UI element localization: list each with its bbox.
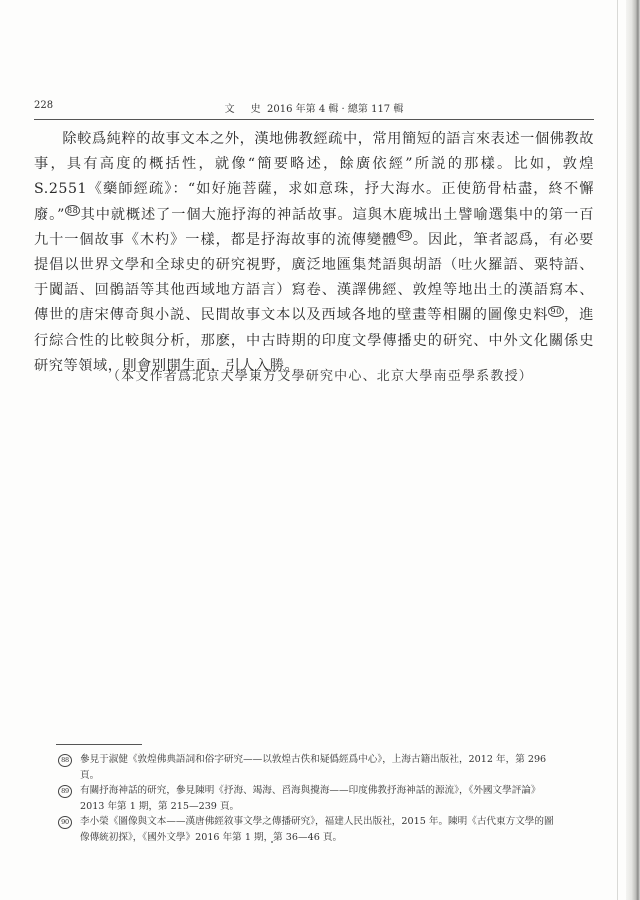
footnote-rule: [56, 744, 142, 745]
footnotes: 88 參見于淑健《敦煌佛典語詞和俗字研究——以敦煌古佚和疑僞經爲中心》，上海古籍…: [56, 752, 556, 846]
footnote-number: 89: [58, 785, 72, 798]
footnote-ref-88[interactable]: 88: [65, 205, 80, 216]
journal-name-char-1: 文: [225, 104, 235, 115]
footnote-number: 88: [58, 754, 72, 767]
footnote-ref-89[interactable]: 89: [397, 230, 412, 241]
journal-issue: 2016 年第 4 輯 · 總第 117 輯: [267, 104, 403, 115]
page-edge-shadow-line: [617, 0, 618, 900]
footnote-ref-90[interactable]: 90: [548, 306, 563, 317]
footnote-text: 有關抒海神話的研究，參見陳明《抒海、竭海、舀海與攪海——印度佛教抒海神話的源流》…: [80, 785, 541, 812]
body-paragraph: 除較爲純粹的故事文本之外，漢地佛教經疏中，常用簡短的語言來表述一個佛教故事，具有…: [34, 127, 594, 379]
footnote-88: 88 參見于淑健《敦煌佛典語詞和俗字研究——以敦煌古佚和疑僞經爲中心》，上海古籍…: [56, 752, 556, 783]
page-binding-edge: [626, 0, 640, 900]
footnote-89: 89 有關抒海神話的研究，參見陳明《抒海、竭海、舀海與攪海——印度佛教抒海神話的…: [56, 783, 556, 814]
author-affiliation-note: （本文作者爲北京大學東方文學研究中心、北京大學南亞學系教授）: [0, 365, 640, 384]
header-rule: [34, 119, 594, 120]
running-head: 228 文史 2016 年第 4 輯 · 總第 117 輯: [34, 100, 594, 116]
journal-title: 文史 2016 年第 4 輯 · 總第 117 輯: [34, 100, 594, 115]
journal-name-char-2: 史: [251, 104, 261, 115]
footnote-number: 90: [58, 816, 72, 829]
scan-speck: [271, 841, 273, 843]
footnote-text: 李小榮《圖像與文本——漢唐佛經敘事文學之傳播研究》，福建人民出版社，2015 年…: [80, 816, 554, 843]
body-text: 除較爲純粹的故事文本之外，漢地佛教經疏中，常用簡短的語言來表述一個佛教故事，具有…: [34, 127, 594, 379]
footnote-text: 參見于淑健《敦煌佛典語詞和俗字研究——以敦煌古佚和疑僞經爲中心》，上海古籍出版社…: [80, 754, 546, 781]
footnote-90: 90 李小榮《圖像與文本——漢唐佛經敘事文學之傳播研究》，福建人民出版社，201…: [56, 814, 556, 845]
